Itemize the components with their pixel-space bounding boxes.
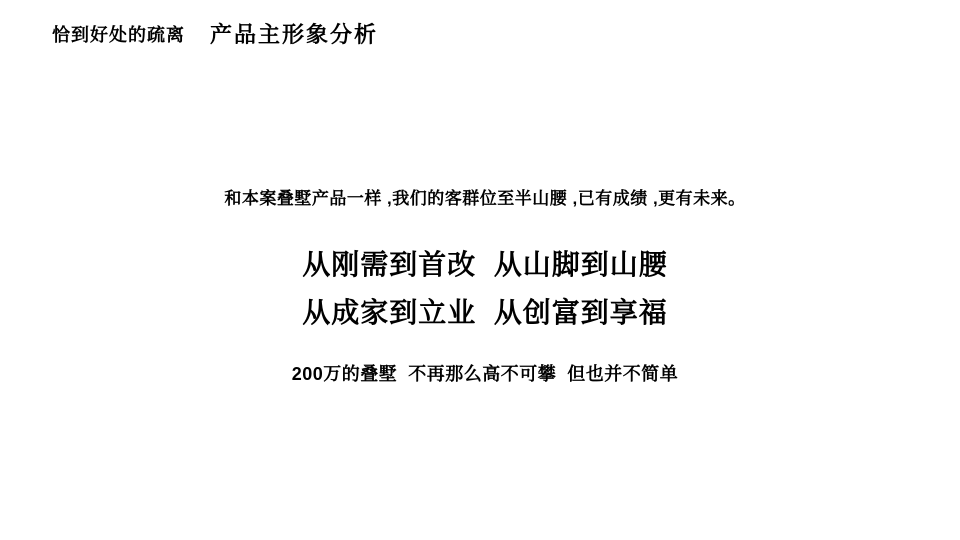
presentation-slide: 恰到好处的疏离 产品主形象分析 和本案叠墅产品一样 ,我们的客群位至半山腰 ,已…	[0, 0, 960, 540]
headline-line-2: 从成家到立业 从创富到享福	[10, 297, 960, 329]
headline-line-1: 从刚需到首改 从山脚到山腰	[10, 249, 960, 281]
slide-title: 产品主形象分析	[210, 23, 378, 47]
intro-text: 和本案叠墅产品一样 ,我们的客群位至半山腰 ,已有成绩 ,更有未来。	[10, 189, 960, 209]
slide-eyebrow-text: 恰到好处的疏离	[52, 26, 185, 44]
slide-header: 恰到好处的疏离 产品主形象分析	[0, 0, 960, 60]
footnote-text: 200万的叠墅 不再那么高不可攀 但也并不简单	[10, 364, 960, 386]
